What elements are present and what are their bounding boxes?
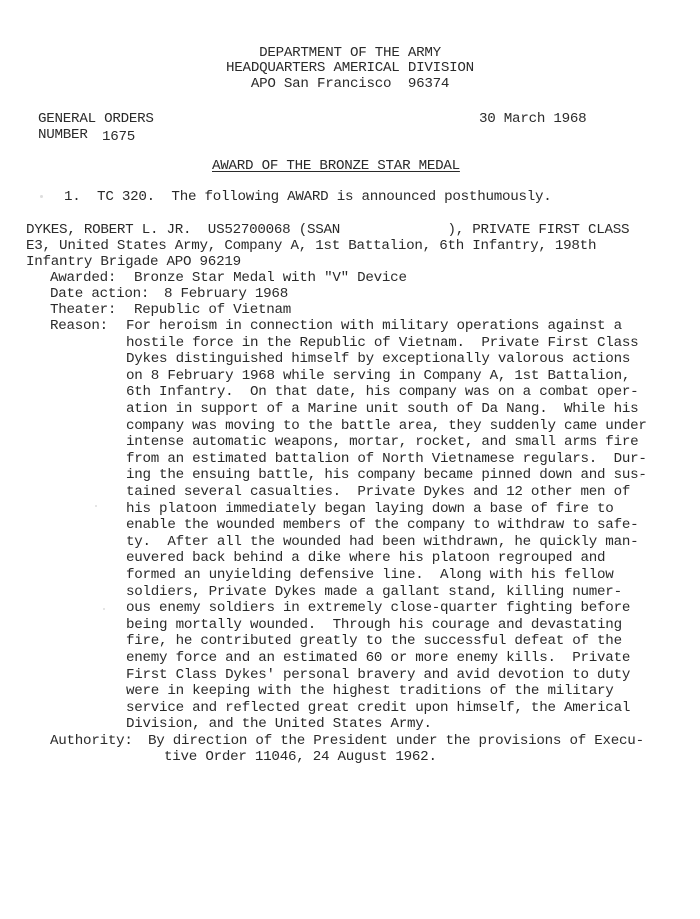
document-title: AWARD OF THE BRONZE STAR MEDAL (212, 158, 460, 174)
reason-line: 6th Infantry. On that date, his company … (126, 384, 638, 400)
authority-line: By direction of the President under the … (148, 733, 644, 749)
general-orders-document: DEPARTMENT OF THE ARMY HEADQUARTERS AMER… (0, 0, 700, 919)
reason-line: service and reflected great credit upon … (126, 700, 630, 716)
reason-line: For heroism in connection with military … (126, 318, 622, 334)
reason-line: ty. After all the wounded had been withd… (126, 534, 638, 550)
reason-line: company was moving to the battle area, t… (126, 418, 647, 434)
theater-value: Republic of Vietnam (134, 302, 291, 318)
date-action-label: Date action: (50, 286, 149, 302)
scan-speck (95, 505, 97, 507)
reason-line: Division, and the United States Army. (126, 716, 432, 732)
reason-line: were in keeping with the highest traditi… (126, 683, 614, 699)
authority-label: Authority: (50, 733, 133, 749)
order-date: 30 March 1968 (479, 111, 586, 127)
reason-line: on 8 February 1968 while serving in Comp… (126, 368, 630, 384)
reason-line: enable the wounded members of the compan… (126, 517, 638, 533)
reason-line: ing the ensuing battle, his company beca… (126, 467, 647, 483)
reason-line: euvered back behind a dike where his pla… (126, 550, 605, 566)
reason-line: ous enemy soldiers in extremely close-qu… (126, 600, 630, 616)
reason-line: Dykes distinguished himself by exception… (126, 351, 630, 367)
reason-line: hostile force in the Republic of Vietnam… (126, 335, 638, 351)
scan-speck (640, 475, 642, 477)
number-label: NUMBER (38, 127, 88, 143)
reason-line: tained several casualties. Private Dykes… (126, 484, 630, 500)
reason-line: being mortally wounded. Through his cour… (126, 617, 622, 633)
awarded-value: Bronze Star Medal with "V" Device (134, 270, 407, 286)
reason-line: First Class Dykes' personal bravery and … (126, 667, 630, 683)
letterhead-apo: APO San Francisco 96374 (0, 76, 700, 92)
order-number: 1675 (102, 129, 135, 145)
reason-line: from an estimated battalion of North Vie… (126, 451, 647, 467)
scan-speck (40, 195, 43, 198)
authority-line: tive Order 11046, 24 August 1962. (164, 749, 437, 765)
paragraph-1: 1. TC 320. The following AWARD is announ… (64, 189, 552, 205)
reason-line: intense automatic weapons, mortar, rocke… (126, 434, 638, 450)
reason-line: enemy force and an estimated 60 or more … (126, 650, 630, 666)
reason-line: fire, he contributed greatly to the succ… (126, 633, 622, 649)
reason-line: soldiers, Private Dykes made a gallant s… (126, 584, 622, 600)
letterhead-headquarters: HEADQUARTERS AMERICAL DIVISION (0, 60, 700, 76)
reason-line: ation in support of a Marine unit south … (126, 401, 638, 417)
general-orders-label: GENERAL ORDERS (38, 111, 154, 127)
recipient-line: E3, United States Army, Company A, 1st B… (26, 238, 596, 254)
date-action-value: 8 February 1968 (164, 286, 288, 302)
reason-line: his platoon immediately began laying dow… (126, 501, 614, 517)
theater-label: Theater: (50, 302, 116, 318)
reason-line: formed an unyielding defensive line. Alo… (126, 567, 614, 583)
scan-speck (103, 608, 105, 610)
awarded-label: Awarded: (50, 270, 116, 286)
letterhead-department: DEPARTMENT OF THE ARMY (0, 45, 700, 61)
reason-label: Reason: (50, 318, 108, 334)
recipient-line: DYKES, ROBERT L. JR. US52700068 (SSAN ),… (26, 222, 629, 238)
recipient-line: Infantry Brigade APO 96219 (26, 254, 241, 270)
